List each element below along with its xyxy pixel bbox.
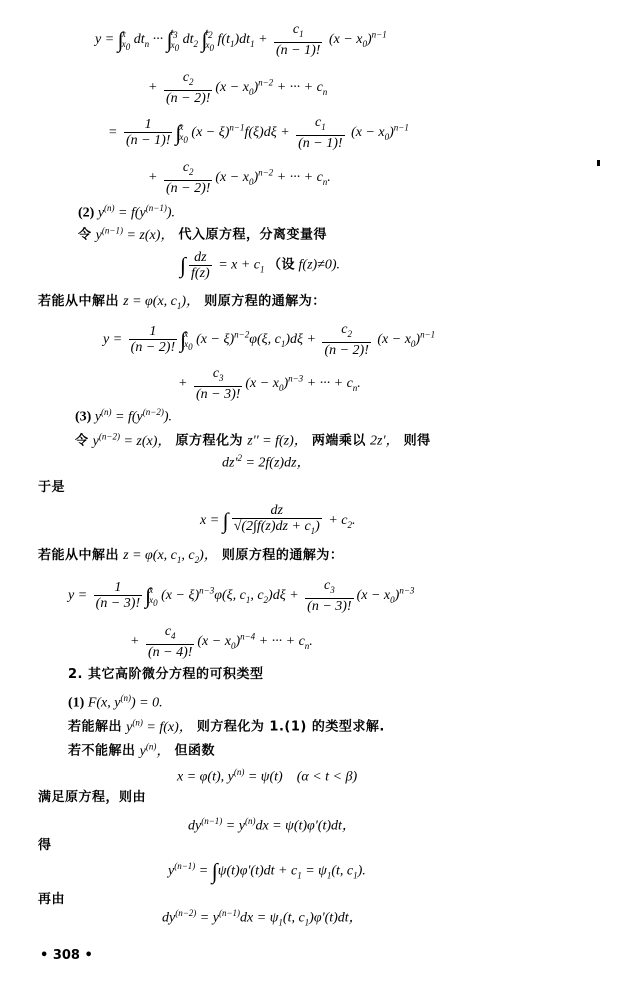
section-2-text-2: 若不能解出 y(n)， 但函数 (68, 738, 215, 760)
equation-line: dy(n−1) = y(n)dx = ψ(t)φ'(t)dt， (188, 813, 356, 835)
de-text: 得 (38, 838, 52, 854)
equation-line: ∫dzf(z) = x + c1 （设 f(z)≠0). (180, 250, 340, 281)
equation-line: + c4(n − 4)!(x − x0)n−4 + ··· + cn. (130, 624, 313, 660)
case-3-substitution: 令 y(n−2) = z(x)， 原方程化为 z'' = f(z)， 两端乘以 … (75, 428, 431, 450)
case-2-solve-text: 若能从中解出 z = φ(x, c1)， 则原方程的通解为： (38, 294, 326, 314)
equation-line: + c3(n − 3)!(x − x0)n−3 + ··· + cn. (178, 366, 361, 402)
equation-line: x = φ(t), y(n) = ψ(t) (α < t < β) (177, 764, 357, 786)
section-2-text-3: 满足原方程，则由 (38, 790, 146, 806)
equation-line: + c2(n − 2)!(x − x0)n−2 + ··· + cn. (148, 160, 331, 196)
equation-line: dy(n−2) = y(n−1)dx = ψ1(t, c1)φ'(t)dt， (162, 905, 363, 930)
yushi-text: 于是 (38, 480, 65, 496)
case-3-heading: (3) y(n) = f(y(n−2)). (75, 404, 172, 426)
book-page: y = ∫xx0 dtn ··· ∫t3x0 dt2 ∫t2x0 f(t1)dt… (0, 0, 640, 988)
case-2-heading: (2) y(n) = f(y(n−1)). (78, 200, 175, 222)
equation-line: y = 1(n − 3)!∫xx0 (x − ξ)n−3φ(ξ, c1, c2)… (68, 578, 414, 614)
zaiyou-text: 再由 (38, 892, 65, 908)
case-2-substitution: 令 y(n−1) = z(x)， 代入原方程，分离变量得 (78, 222, 327, 244)
section-2-case-1: (1) F(x, y(n)) = 0. (68, 690, 163, 712)
equation-line: y = 1(n − 2)!∫xx0 (x − ξ)n−2φ(ξ, c1)dξ +… (103, 322, 435, 358)
equation-line: + c2(n − 2)!(x − x0)n−2 + ··· + cn (148, 70, 327, 106)
stray-mark (597, 160, 600, 166)
equation-line: = 1(n − 1)!∫xx0 (x − ξ)n−1f(ξ)dξ + c1(n … (108, 115, 409, 151)
section-2-text-1: 若能解出 y(n) = f(x)， 则方程化为 1.(1) 的类型求解. (68, 714, 385, 736)
equation-line: y(n−1) = ∫ψ(t)φ'(t)dt + c1 = ψ1(t, c1). (168, 858, 366, 883)
case-3-solve-text: 若能从中解出 z = φ(x, c1, c2)， 则原方程的通解为： (38, 548, 343, 568)
section-2-heading: 2. 其它高阶微分方程的可积类型 (68, 667, 264, 683)
equation-line: y = ∫xx0 dtn ··· ∫t3x0 dt2 ∫t2x0 f(t1)dt… (95, 22, 387, 58)
equation-line: dz'2 = 2f(z)dz， (222, 450, 311, 472)
page-number: • 308 • (40, 948, 93, 963)
equation-line: x = ∫dz√(2∫f(z)dz + c1) + c2. (200, 503, 356, 539)
